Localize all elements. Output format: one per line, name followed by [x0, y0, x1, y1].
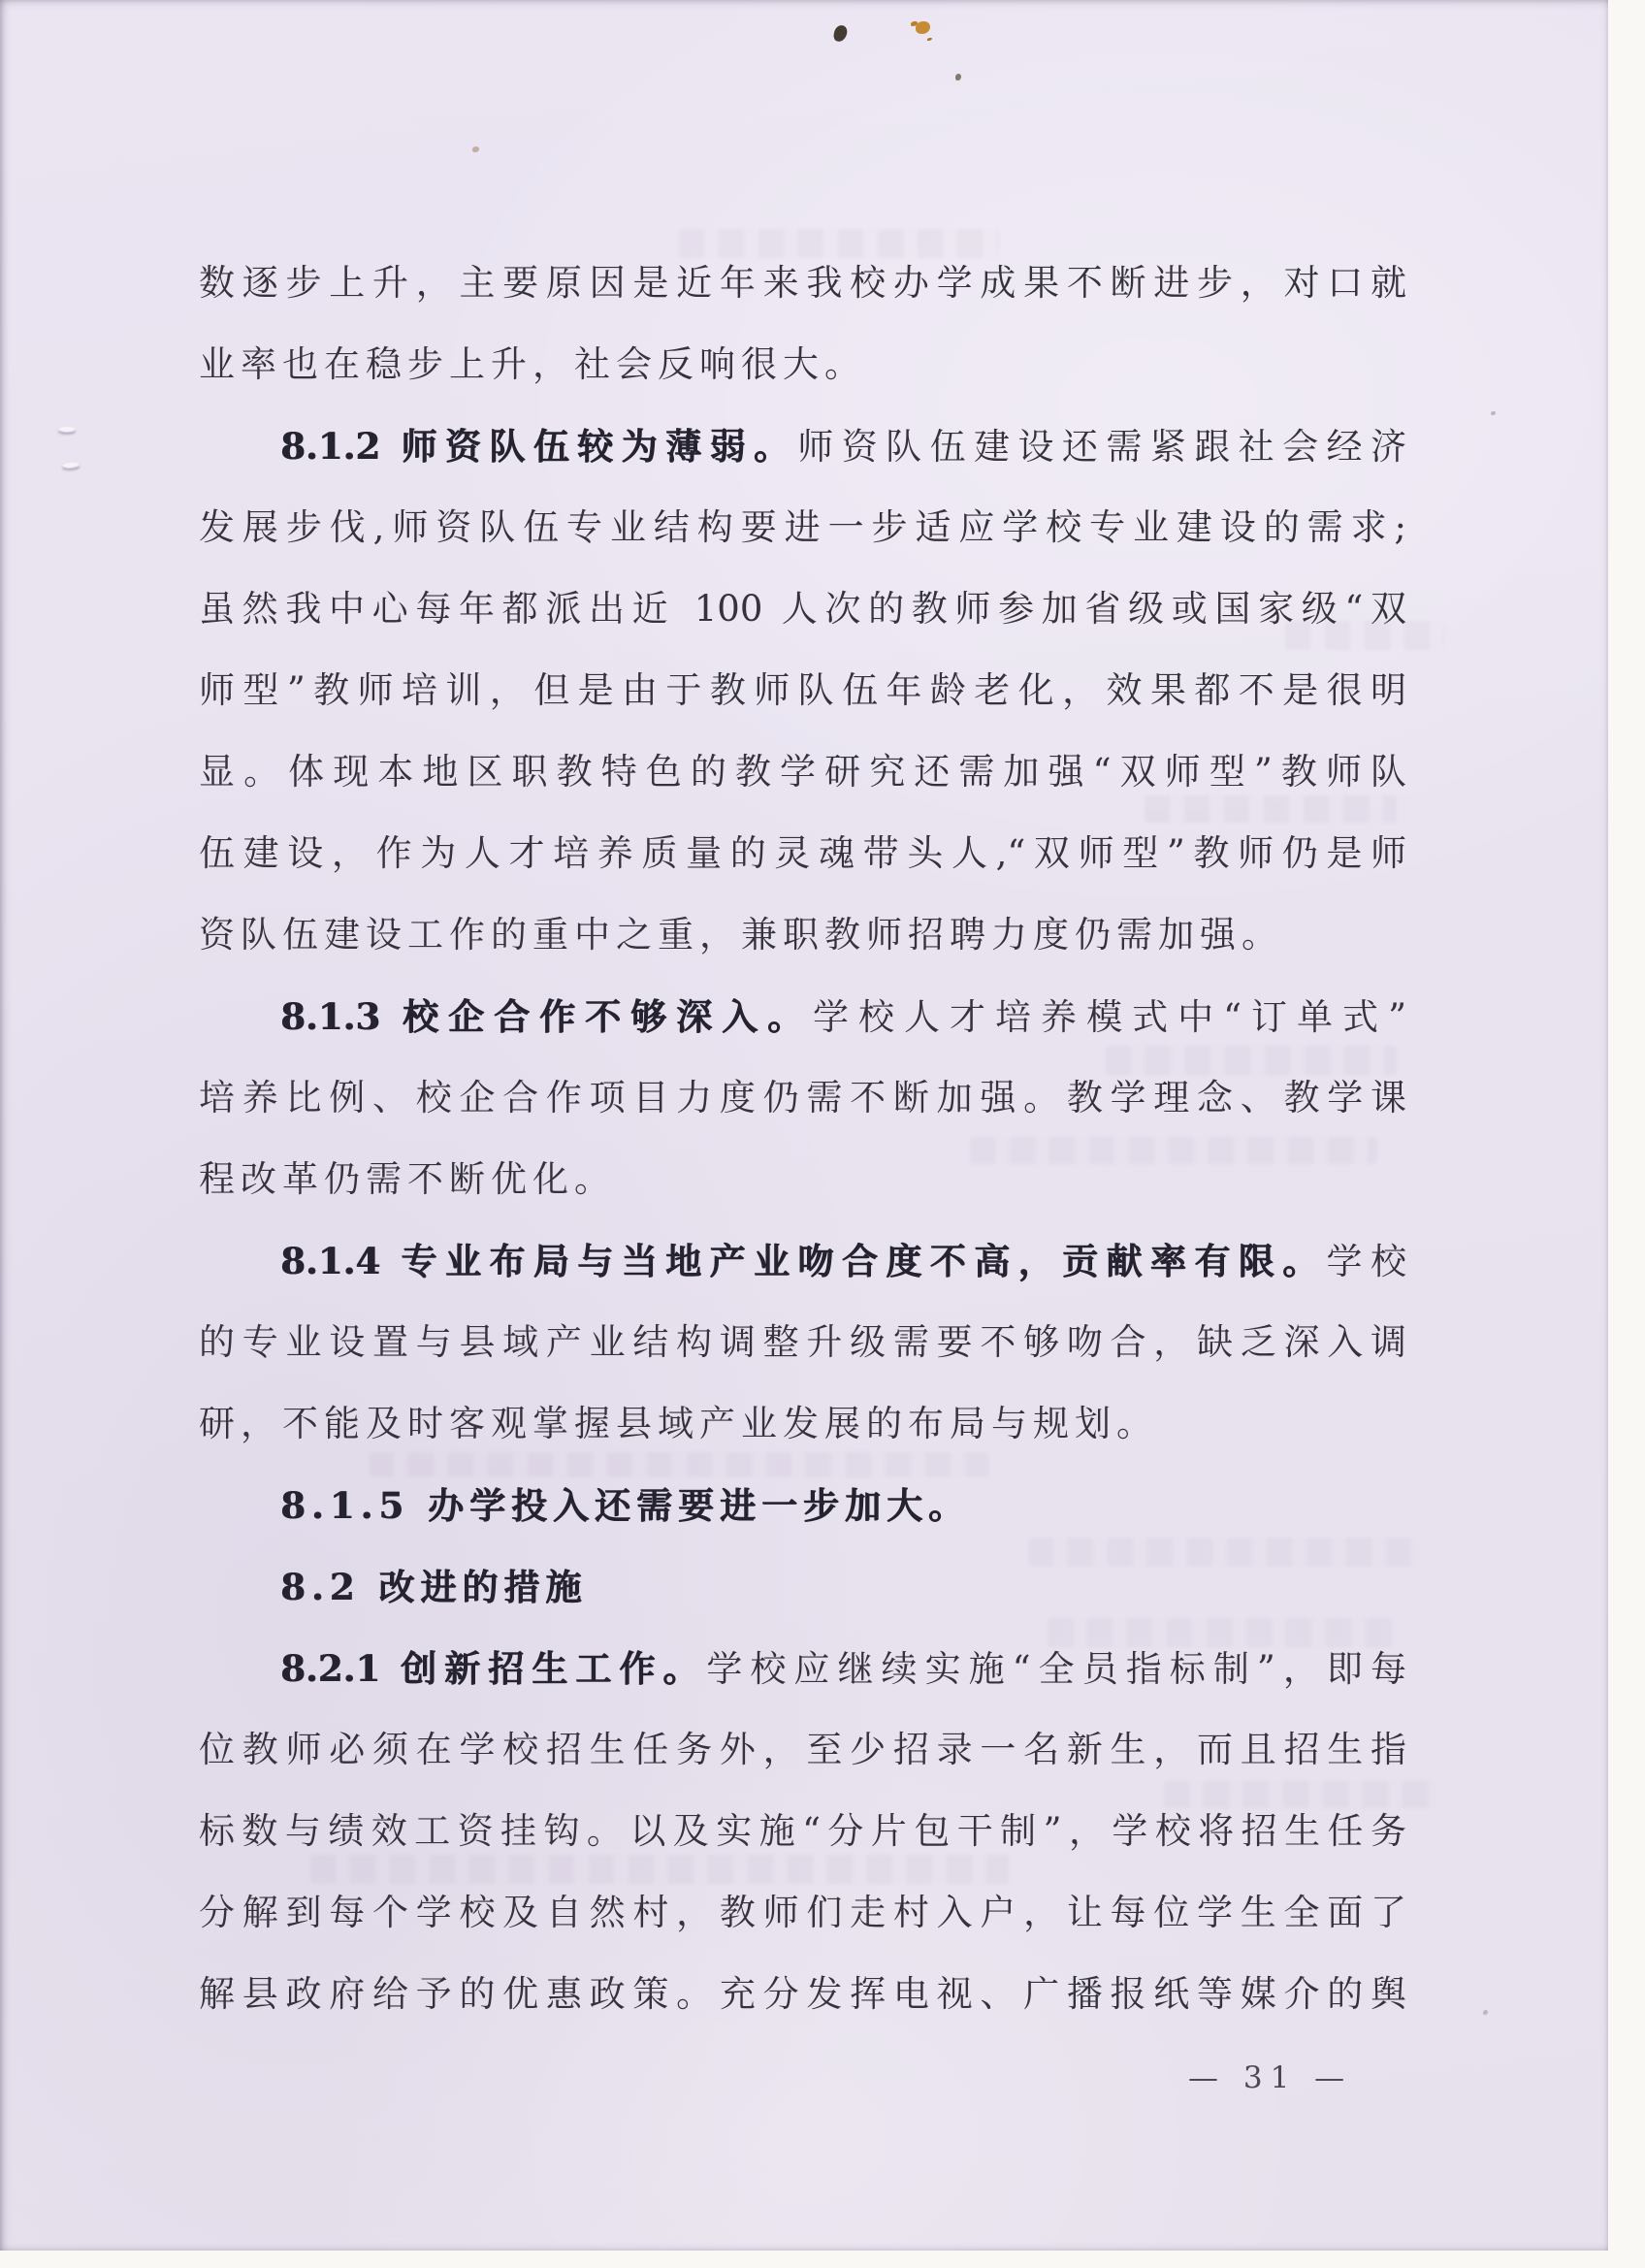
body-text-run: 程改革仍需不断优化。 [199, 1158, 616, 1200]
bleed-through-artifact [679, 229, 999, 258]
binding-mark [58, 427, 76, 433]
body-text-run: 标数与绩效工资挂钩。以及实施“分片包干制”，学校将招生任务 [199, 1810, 1406, 1852]
body-text-run: 业率也在稳步上升，社会反响很大。 [199, 343, 866, 385]
heading-run: 8.1.5 办学投入还需要进一步加大。 [280, 1484, 970, 1527]
text-line: 发展步伐,师资队伍专业结构要进一步适应学校专业建设的需求; [199, 487, 1406, 568]
body-text-run: 学校应继续实施“全员指标制”，即每 [706, 1648, 1406, 1690]
scanner-bed-edge [1608, 0, 1645, 2268]
body-text-run: 学校人才培养模式中“订单式” [813, 996, 1406, 1038]
text-line: 8.1.2 师资队伍较为薄弱。师资队伍建设还需紧跟社会经济 [199, 405, 1406, 487]
scan-speck [916, 21, 930, 34]
text-line: 业率也在稳步上升，社会反响很大。 [199, 324, 1406, 405]
bleed-through-artifact [310, 1855, 1009, 1884]
text-line: 分解到每个学校及自然村，教师们走村入户，让每位学生全面了 [199, 1872, 1406, 1954]
heading-run: 8.1.4 专业布局与当地产业吻合度不高，贡献率有限。 [280, 1240, 1327, 1282]
scan-speck [1483, 2010, 1488, 2015]
text-line: 解县政府给予的优惠政策。充分发挥电视、广播报纸等媒介的舆 [199, 1954, 1406, 2035]
body-text-run: 解县政府给予的优惠政策。充分发挥电视、广播报纸等媒介的舆 [199, 1973, 1406, 2015]
bleed-through-artifact [369, 1452, 989, 1477]
body-text-run: 分解到每个学校及自然村，教师们走村入户，让每位学生全面了 [199, 1892, 1406, 1933]
text-line: 伍建设，作为人才培养质量的灵魂带头人,“双师型”教师仍是师 [199, 813, 1406, 894]
binding-mark [62, 462, 80, 469]
bleed-through-artifact [1145, 795, 1397, 823]
bleed-through-artifact [1285, 621, 1445, 650]
bleed-through-artifact [1106, 1046, 1397, 1075]
page-number: — 31 — [1188, 2060, 1352, 2095]
bleed-through-artifact [1028, 1538, 1416, 1567]
scan-speck [832, 24, 848, 43]
body-text-run: 资队伍建设工作的重中之重，兼职教师招聘力度仍需加强。 [199, 914, 1283, 956]
body-text-run: 位教师必须在学校招生任务外，至少招录一名新生，而且招生指 [199, 1729, 1406, 1770]
text-line: 位教师必须在学校招生任务外，至少招录一名新生，而且招生指 [199, 1709, 1406, 1791]
text-line: 资队伍建设工作的重中之重，兼职教师招聘力度仍需加强。 [199, 894, 1406, 976]
body-text-run: 研，不能及时客观掌握县域产业发展的布局与规划。 [199, 1403, 1158, 1444]
body-text-run: 学校 [1327, 1241, 1406, 1282]
body-text-run: 师型”教师培训，但是由于教师队伍年龄老化，效果都不是很明 [199, 669, 1406, 711]
text-line: 8.1.4 专业布局与当地产业吻合度不高，贡献率有限。学校 [199, 1220, 1406, 1302]
heading-run: 8.2.1 创新招生工作。 [280, 1647, 706, 1690]
scan-speck [1491, 411, 1496, 415]
text-line: 师型”教师培训，但是由于教师队伍年龄老化，效果都不是很明 [199, 650, 1406, 731]
bleed-through-artifact [1048, 1618, 1397, 1647]
scanner-bed-edge [0, 2251, 1645, 2268]
text-line: 虽然我中心每年都派出近 100 人次的教师参加省级或国家级“双 [199, 568, 1406, 650]
heading-run: 8.1.3 校企合作不够深入。 [280, 995, 813, 1038]
body-text-run: 培养比例、校企合作项目力度仍需不断加强。教学理念、教学课 [199, 1077, 1406, 1118]
bleed-through-artifact [1164, 1781, 1435, 1808]
heading-run: 8.1.2 师资队伍较为薄弱。 [280, 425, 797, 468]
body-text-run: 伍建设，作为人才培养质量的灵魂带头人,“双师型”教师仍是师 [199, 832, 1406, 874]
text-line: 的专业设置与县域产业结构调整升级需要不够吻合，缺乏深入调 [199, 1302, 1406, 1383]
body-text-run: 发展步伐,师资队伍专业结构要进一步适应学校专业建设的需求; [199, 506, 1406, 548]
body-text-run: 的专业设置与县域产业结构调整升级需要不够吻合，缺乏深入调 [199, 1321, 1406, 1363]
document-page: 数逐步上升，主要原因是近年来我校办学成果不断进步，对口就业率也在稳步上升，社会反… [0, 0, 1608, 2251]
scan-speck [955, 74, 961, 81]
bleed-through-artifact [970, 1137, 1377, 1164]
body-text-run: 虽然我中心每年都派出近 100 人次的教师参加省级或国家级“双 [199, 588, 1406, 630]
heading-run: 8.2 改进的措施 [280, 1566, 587, 1608]
scanned-document: { "page": { "number_label": "— 31 —" }, … [0, 0, 1645, 2268]
body-text-run: 师资队伍建设还需紧跟社会经济 [797, 426, 1406, 468]
body-text-run: 显。体现本地区职教特色的教学研究还需加强“双师型”教师队 [199, 751, 1406, 793]
body-text-run: 数逐步上升，主要原因是近年来我校办学成果不断进步，对口就 [199, 262, 1406, 304]
scan-speck [472, 146, 479, 152]
